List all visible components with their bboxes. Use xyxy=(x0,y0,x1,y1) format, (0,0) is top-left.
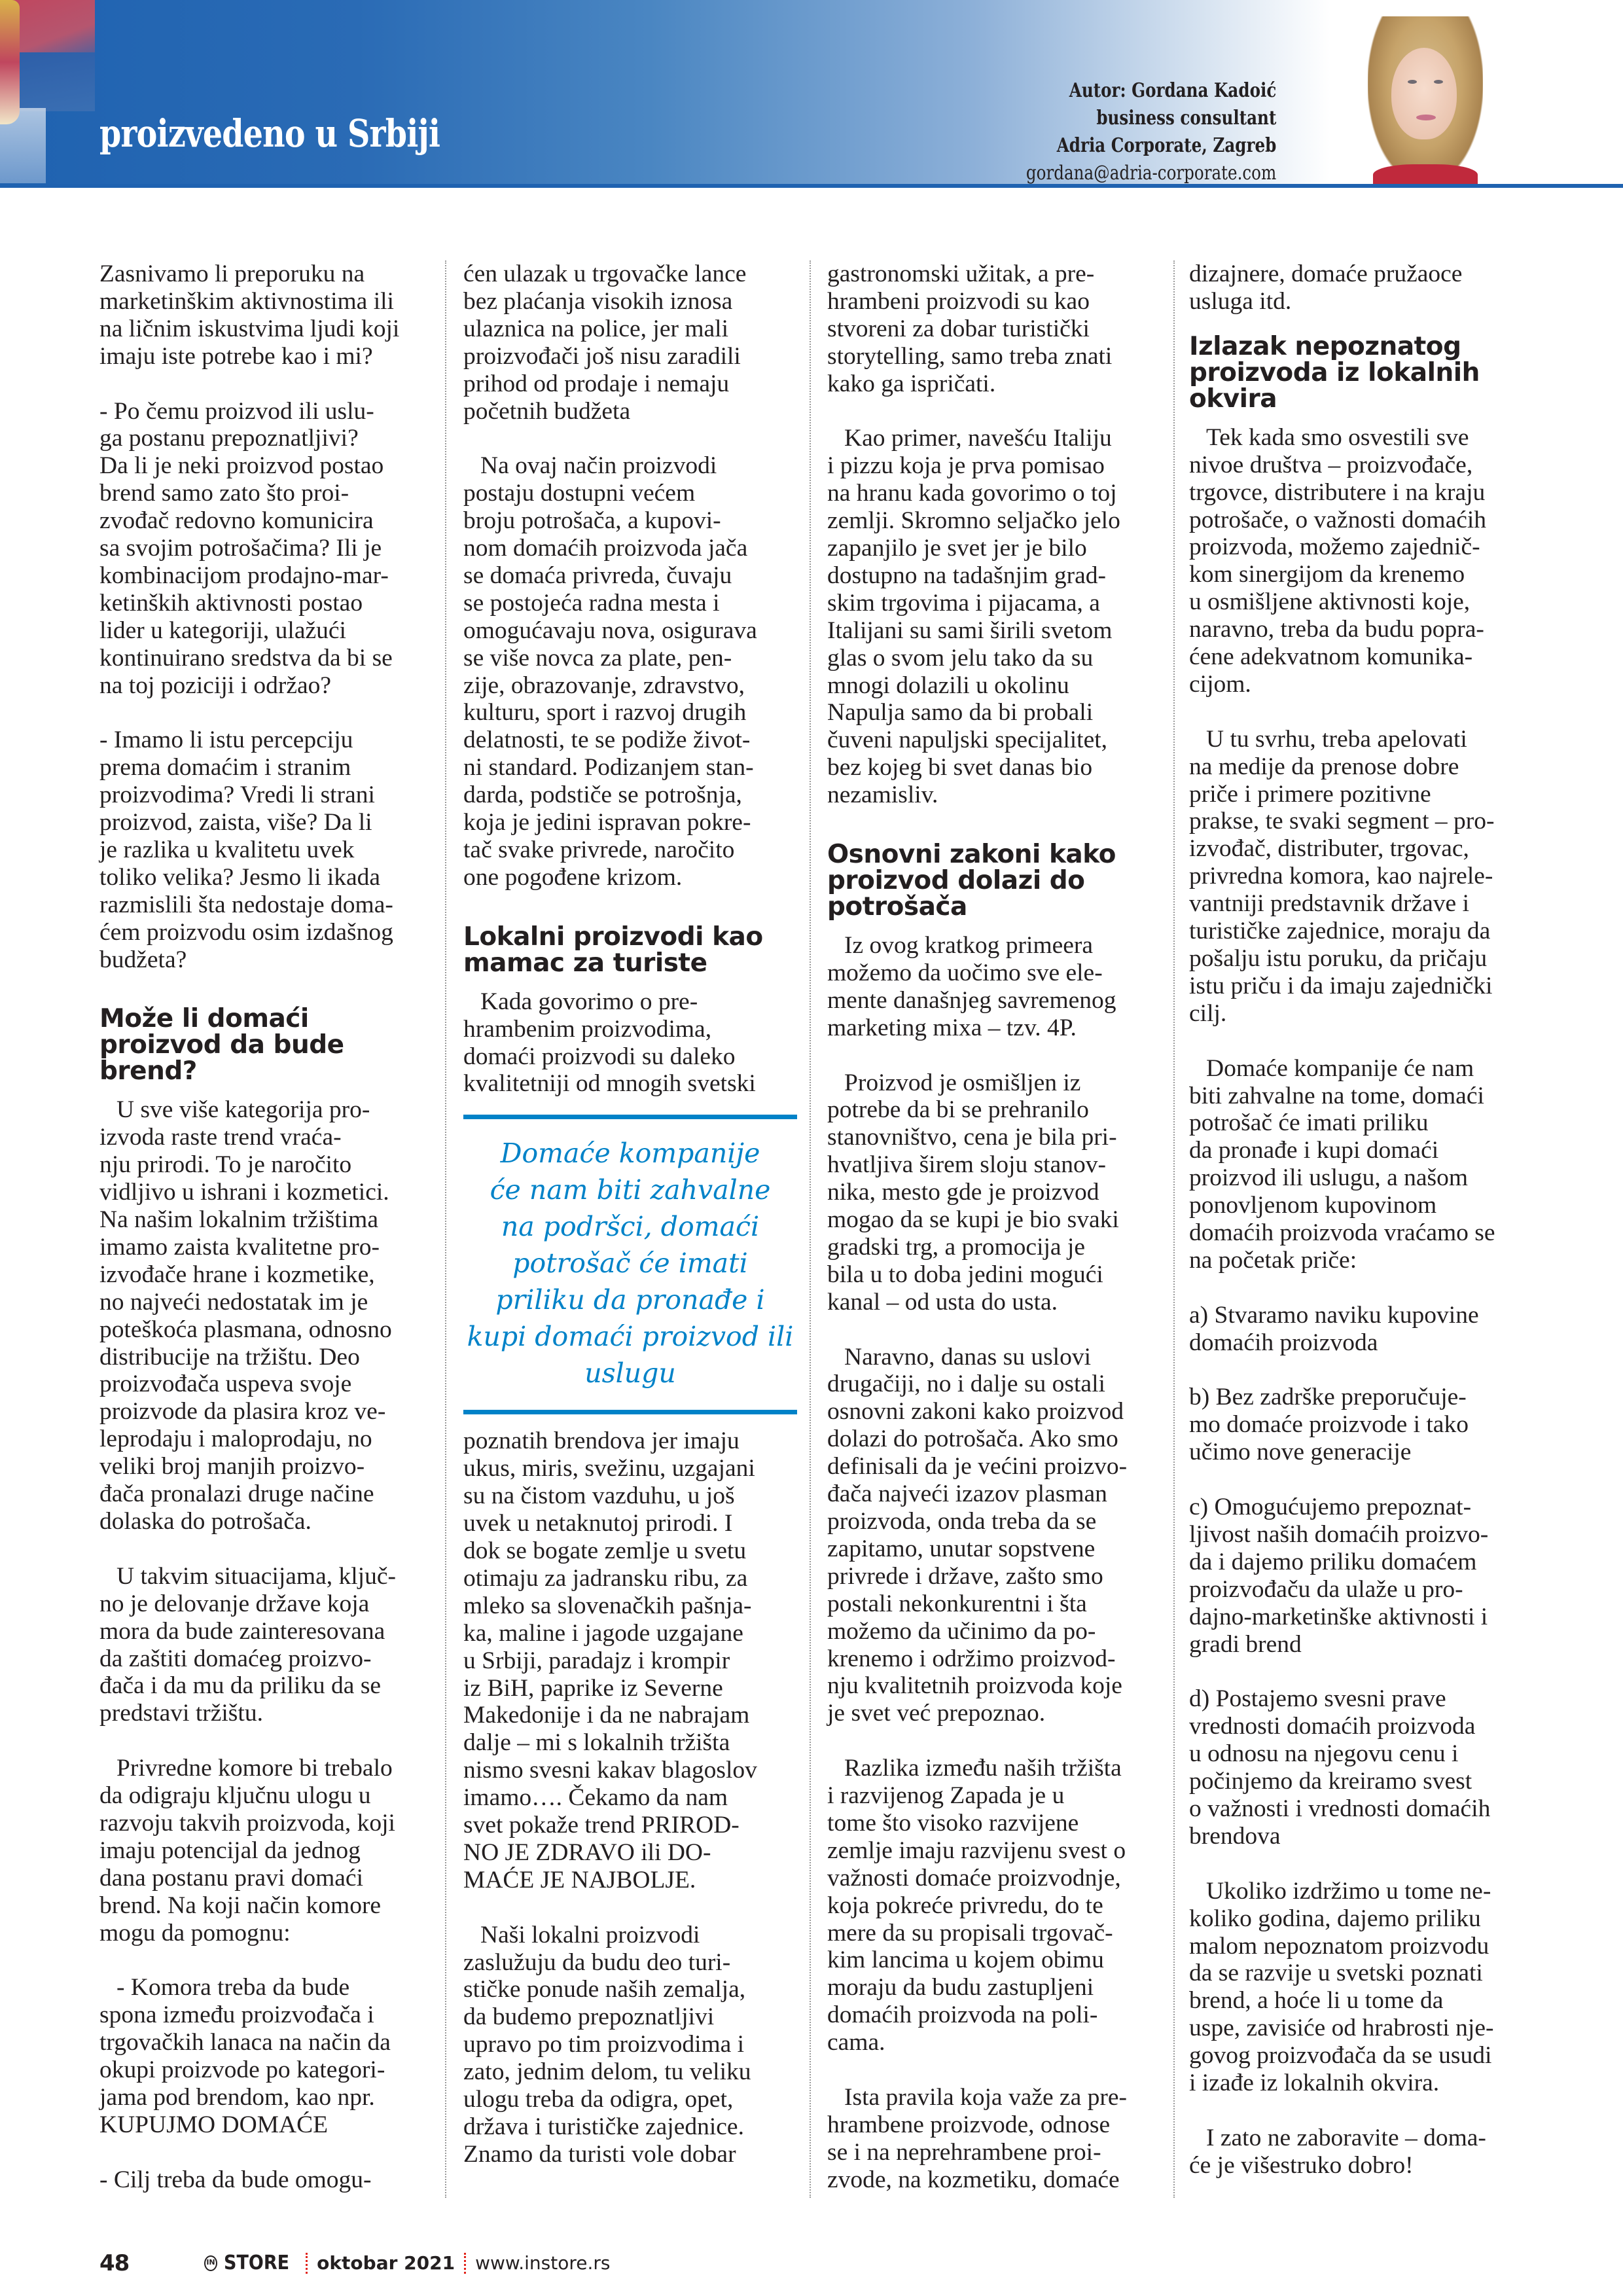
text-line: da odigraju ključnu ulogu u xyxy=(99,1782,433,1810)
paragraph: Privredne komore bi trebaloda odigraju k… xyxy=(99,1755,433,1946)
text-line: đača najveći izazov plasman xyxy=(827,1480,1161,1508)
text-line: proizvoda, možemo zajednič- xyxy=(1189,533,1523,561)
text-line: tome što visoko razvijene xyxy=(827,1810,1161,1837)
text-line: storytelling, samo treba znati xyxy=(827,343,1161,370)
pull-quote: Domaće kompanijeće nam biti zahvalnena p… xyxy=(463,1115,797,1414)
text-line: ćen ulazak u trgovačke lance xyxy=(463,260,797,288)
text-line: U tu svrhu, treba apelovati xyxy=(1189,726,1523,753)
text-line: nom domaćih proizvoda jača xyxy=(463,535,797,562)
subheading: Izlazak nepoznatogproizvoda iz lokalniho… xyxy=(1189,334,1523,412)
text-line: se više novca za plate, pen- xyxy=(463,645,797,672)
text-line: imamo…. Čekamo da nam xyxy=(463,1784,797,1812)
text-line: mogu da pomognu: xyxy=(99,1920,433,1947)
text-line: definisali da je većini proizvo- xyxy=(827,1453,1161,1480)
text-line: U takvim situacijama, ključ- xyxy=(99,1563,433,1590)
text-line: zapitamo, unutar sopstvene xyxy=(827,1535,1161,1563)
text-line: Osnovni zakoni kako xyxy=(827,842,1161,868)
text-line: gradski trg, a promocija je xyxy=(827,1234,1161,1261)
text-line: dostupno na tadašnjim grad- xyxy=(827,562,1161,590)
text-line: da zaštiti domaćeg proizvo- xyxy=(99,1645,433,1673)
text-line: cilj. xyxy=(1189,1000,1523,1028)
text-line: delatnosti, te se podiže život- xyxy=(463,726,797,754)
text-line: lider u kategoriji, ulažući xyxy=(99,617,433,645)
text-line: budžeta? xyxy=(99,946,433,974)
text-line: kulturu, sport i razvoj drugih xyxy=(463,699,797,726)
text-line: kim lancima u kojem obimu xyxy=(827,1946,1161,1974)
text-line: priliku da pronađe i xyxy=(463,1282,797,1318)
paragraph: Naravno, danas su uslovidrugačiji, no i … xyxy=(827,1344,1161,1728)
separator xyxy=(464,2253,466,2274)
text-line: nismo svesni kakav blagoslov xyxy=(463,1757,797,1784)
text-line: brend, a hoće li u tome da xyxy=(1189,1987,1523,2015)
article-column-1: Zasnivamo li preporuku namarketinškim ak… xyxy=(99,260,433,2194)
text-line: i pizzu koja je prva pomisao xyxy=(827,452,1161,480)
text-line: a) Stvaramo naviku kupovine xyxy=(1189,1302,1523,1329)
text-line: KUPUJMO DOMAĆE xyxy=(99,2111,433,2139)
text-line: hvatljiva širem sloju stanov- xyxy=(827,1151,1161,1179)
text-line: tač svake privrede, naročito xyxy=(463,836,797,864)
text-line: Tek kada smo osvestili sve xyxy=(1189,424,1523,452)
text-line: kom sinergijom da krenemo xyxy=(1189,561,1523,588)
text-line: usluga itd. xyxy=(1189,288,1523,315)
text-line: poteškoća plasmana, odnosno xyxy=(99,1316,433,1344)
text-line: U sve više kategorija pro- xyxy=(99,1096,433,1124)
text-line: Kao primer, navešću Italiju xyxy=(827,425,1161,452)
text-line: i razvijenog Zapada je u xyxy=(827,1782,1161,1810)
text-line: Kada govorimo o pre- xyxy=(463,988,797,1016)
text-line: biti zahvalne na tome, domaći xyxy=(1189,1083,1523,1110)
column-divider xyxy=(445,260,446,2198)
text-line: I zato ne zaboravite – doma- xyxy=(1189,2125,1523,2152)
paragraph: U tu svrhu, treba apelovatina medije da … xyxy=(1189,726,1523,1028)
text-line: bez plaćanja visokih iznosa xyxy=(463,288,797,315)
text-line: Makedonije i da ne nabrajam xyxy=(463,1702,797,1729)
text-line: c) Omogućujemo prepoznat- xyxy=(1189,1494,1523,1521)
text-line: izvođače hrane i kozmetike, xyxy=(99,1261,433,1289)
text-line: stanovništvo, cena je bila pri- xyxy=(827,1124,1161,1151)
text-line: nju prirodi. To je naročito xyxy=(99,1151,433,1179)
author-byline: Autor: Gordana Kadoić business consultan… xyxy=(971,77,1276,187)
text-line: nezamisliv. xyxy=(827,781,1161,809)
text-line: dolazi do potrošača. Ako smo xyxy=(827,1426,1161,1453)
text-line: brendova xyxy=(1189,1823,1523,1850)
text-line: zvode, na kozmetiku, domaće xyxy=(827,2166,1161,2194)
text-line: vidljivo u ishrani i kozmetici. xyxy=(99,1179,433,1206)
text-line: - Cilj treba da bude omogu- xyxy=(99,2166,433,2194)
text-line: Zasnivamo li preporuku na xyxy=(99,260,433,288)
paragraph: gastronomski užitak, a pre-hrambeni proi… xyxy=(827,260,1161,398)
text-line: postali nekonkurentni i šta xyxy=(827,1590,1161,1618)
list-item-c: c) Omogućujemo prepoznat-ljivost naših d… xyxy=(1189,1494,1523,1658)
text-line: proizvod da bude xyxy=(99,1032,433,1058)
author-portrait xyxy=(1360,16,1491,184)
text-line: bez kojeg bi svet danas bio xyxy=(827,754,1161,781)
text-line: zemlji. Skromno seljačko jelo xyxy=(827,507,1161,535)
text-line: možemo da uočimo sve ele- xyxy=(827,960,1161,987)
text-line: će je višestruko dobro! xyxy=(1189,2152,1523,2179)
in-circle-logo-icon: IN xyxy=(204,2255,217,2271)
text-line: potrošače, o važnosti domaćih xyxy=(1189,507,1523,534)
text-line: cama. xyxy=(827,2029,1161,2056)
closing-paragraph: I zato ne zaboravite – doma-će je višest… xyxy=(1189,2125,1523,2179)
text-line: potrošač će imati priliku xyxy=(1189,1109,1523,1137)
text-line: Domaće kompanije će nam xyxy=(1189,1055,1523,1083)
text-line: trgovačkih lanaca na način da xyxy=(99,2029,433,2056)
text-line: kanal – od usta do usta. xyxy=(827,1289,1161,1316)
text-line: osnovni zakoni kako proizvod xyxy=(827,1398,1161,1426)
text-line: Naravno, danas su uslovi xyxy=(827,1344,1161,1371)
text-line: pošalju istu poruku, da pričaju xyxy=(1189,945,1523,973)
author-role: business consultant xyxy=(1026,105,1276,132)
article-column-2: ćen ulazak u trgovačke lancebez plaćanja… xyxy=(463,260,797,2168)
text-line: marketinškim aktivnostima ili xyxy=(99,288,433,315)
text-line: Da li je neki proizvod postao xyxy=(99,452,433,480)
text-line: hrambene proizvode, odnose xyxy=(827,2111,1161,2139)
text-line: ukus, miris, svežinu, uzgajani xyxy=(463,1455,797,1482)
text-line: su na čistom vazduhu, u još xyxy=(463,1482,797,1510)
article-column-3: gastronomski užitak, a pre-hrambeni proi… xyxy=(827,260,1161,2194)
text-line: da pronađe i kupi domaći xyxy=(1189,1137,1523,1164)
text-line: krenemo i održimo proizvod- xyxy=(827,1645,1161,1673)
text-line: izvoda raste trend vraća- xyxy=(99,1124,433,1151)
text-line: okvira xyxy=(1189,386,1523,412)
text-line: - Komora treba da bude xyxy=(99,1974,433,2001)
brand-name: STORE xyxy=(224,2251,289,2274)
text-line: dolaska do potrošača. xyxy=(99,1508,433,1535)
text-line: malom nepoznatom proizvodu xyxy=(1189,1933,1523,1960)
text-line: mamac za turiste xyxy=(463,950,797,977)
text-line: kvalitetniji od mnogih svetski xyxy=(463,1070,797,1098)
text-line: početnih budžeta xyxy=(463,398,797,425)
text-line: imaju iste potrebe kao i mi? xyxy=(99,343,433,370)
text-line: darda, podstiče se potrošnja, xyxy=(463,781,797,809)
text-line: ga postanu prepoznatljivi? xyxy=(99,425,433,452)
text-line: stičke ponude naših zemalja, xyxy=(463,1976,797,2003)
text-line: đača i da mu da priliku da se xyxy=(99,1672,433,1700)
paragraph: Domaće kompanije će nambiti zahvalne na … xyxy=(1189,1055,1523,1274)
text-line: Napulja samo da bi probali xyxy=(827,699,1161,726)
text-line: proizvodima? Vredi li strani xyxy=(99,781,433,809)
text-line: mente današnjeg savremenog xyxy=(827,987,1161,1014)
text-line: dizajnere, domaće pružaoce xyxy=(1189,260,1523,288)
text-line: mora da bude zainteresovana xyxy=(99,1618,433,1645)
paragraph: Zasnivamo li preporuku namarketinškim ak… xyxy=(99,260,433,370)
text-line: potrošača xyxy=(827,894,1161,920)
paragraph: Naši lokalni proizvodizaslužuju da budu … xyxy=(463,1922,797,2168)
separator xyxy=(306,2253,308,2274)
text-line: se i na neprehrambene proi- xyxy=(827,2139,1161,2166)
text-line: učimo nove generacije xyxy=(1189,1439,1523,1466)
text-line: no je delovanje države koja xyxy=(99,1590,433,1618)
text-line: proizvoda, onda treba da se xyxy=(827,1508,1161,1535)
text-line: izvođač, distributer, trgovac, xyxy=(1189,835,1523,863)
text-line: da se razvije u svetski poznati xyxy=(1189,1960,1523,1987)
text-line: o važnosti i vrednosti domaćih xyxy=(1189,1795,1523,1823)
text-line: dana postanu pravi domaći xyxy=(99,1865,433,1892)
column-divider xyxy=(810,260,811,2198)
website-link[interactable]: www.instore.rs xyxy=(475,2252,610,2274)
author-email-link[interactable]: gordana@adria-corporate.com xyxy=(1026,160,1276,187)
text-line: gastronomski užitak, a pre- xyxy=(827,260,1161,288)
text-line: ljivost naših domaćih proizvo- xyxy=(1189,1521,1523,1549)
text-line: prema domaćim i stranim xyxy=(99,754,433,781)
text-line: zaslužuju da budu deo turi- xyxy=(463,1949,797,1977)
text-line: one pogođene krizom. xyxy=(463,864,797,891)
text-line: mogao da se kupi je bio svaki xyxy=(827,1206,1161,1234)
text-line: Može li domaći xyxy=(99,1006,433,1032)
text-line: kontinuirano sredstva da bi se xyxy=(99,645,433,672)
text-line: domaći proizvodi su daleko xyxy=(463,1043,797,1071)
list-item: - Cilj treba da bude omogu- xyxy=(99,2166,433,2194)
text-line: jama pod brendom, kao npr. xyxy=(99,2084,433,2111)
text-line: uvek u netaknutoj prirodi. I xyxy=(463,1510,797,1537)
text-line: ketinških aktivnosti postao xyxy=(99,590,433,617)
text-line: potrošač će imati xyxy=(463,1245,797,1282)
text-line: Naši lokalni proizvodi xyxy=(463,1922,797,1949)
paragraph: Razlika između naših tržištai razvijenog… xyxy=(827,1755,1161,2056)
text-line: brend samo zato što proi- xyxy=(99,480,433,507)
text-line: d) Postajemo svesni prave xyxy=(1189,1685,1523,1713)
text-line: Na našim lokalnim tržištima xyxy=(99,1206,433,1234)
text-line: dalje – mi s lokalnih tržišta xyxy=(463,1729,797,1757)
text-line: proizvod, zaista, više? Da li xyxy=(99,809,433,836)
text-line: nju kvalitetnih proizvoda koje xyxy=(827,1672,1161,1700)
text-line: drugačiji, no i dalje su ostali xyxy=(827,1371,1161,1398)
paragraph: Iz ovog kratkog primeeramožemo da uočimo… xyxy=(827,932,1161,1042)
list-item-b: b) Bez zadrške preporučuje-mo domaće pro… xyxy=(1189,1384,1523,1466)
paragraph: dizajnere, domaće pružaoceusluga itd. xyxy=(1189,260,1523,315)
text-line: na toj poziciji i održao? xyxy=(99,672,433,700)
text-line: koja je jedini ispravan pokre- xyxy=(463,809,797,836)
text-line: zemlje imaju razvijenu svest o xyxy=(827,1837,1161,1865)
text-line: koliko godina, dajemo priliku xyxy=(1189,1905,1523,1933)
text-line: koja pokreće privredu, do te xyxy=(827,1892,1161,1920)
text-line: na medije da prenose dobre xyxy=(1189,753,1523,781)
serbian-flag-icon xyxy=(0,0,95,183)
text-line: mnogi dolazili u okolinu xyxy=(827,672,1161,700)
text-line: istu priču i da imaju zajednički xyxy=(1189,973,1523,1000)
text-line: omogućavaju nova, osigurava xyxy=(463,617,797,645)
text-line: marketing mixa – tzv. 4P. xyxy=(827,1014,1161,1042)
text-line: mere da su propisali trgovač- xyxy=(827,1920,1161,1947)
text-line: turističke zajednice, moraju da xyxy=(1189,918,1523,945)
text-line: ulaznica na police, jer mali xyxy=(463,315,797,343)
text-line: kupi domaći proizvod ili xyxy=(463,1318,797,1355)
text-line: gradi brend xyxy=(1189,1631,1523,1659)
text-line: i izađe iz lokalnih okvira. xyxy=(1189,2070,1523,2097)
text-line: uspe, zavisiće od hrabrosti nje- xyxy=(1189,2015,1523,2042)
text-line: čuveni napuljski specijalitet, xyxy=(827,726,1161,754)
text-line: hrambeni proizvodi su kao xyxy=(827,288,1161,315)
text-line: - Po čemu proizvod ili uslu- xyxy=(99,398,433,425)
paragraph: Kao primer, navešću Italijui pizzu koja … xyxy=(827,425,1161,809)
text-line: zapanjilo je svet jer je bilo xyxy=(827,535,1161,562)
paragraph: Kada govorimo o pre-hrambenim proizvodim… xyxy=(463,988,797,1098)
text-line: svet pokaže trend PRIROD- xyxy=(463,1812,797,1839)
question-item: - Imamo li istu percepcijuprema domaćim … xyxy=(99,726,433,973)
text-line: NO JE ZDRAVO ili DO- xyxy=(463,1839,797,1867)
text-line: kombinacijom prodajno-mar- xyxy=(99,562,433,590)
section-title: proizvedeno u Srbiji xyxy=(99,111,440,156)
paragraph: U sve više kategorija pro-izvoda raste t… xyxy=(99,1096,433,1535)
text-line: privredna komora, kao najrele- xyxy=(1189,863,1523,890)
text-line: se domaća privreda, čuvaju xyxy=(463,562,797,590)
text-line: vrednosti domaćih proizvoda xyxy=(1189,1713,1523,1740)
text-line: moraju da budu zastupljeni xyxy=(827,1974,1161,2001)
text-line: Italijani su sami širili svetom xyxy=(827,617,1161,645)
paragraph: Na ovaj način proizvodipostaju dostupni … xyxy=(463,452,797,891)
text-line: zvođač redovno komunicira xyxy=(99,507,433,535)
text-line: skim trgovima i pijacama, a xyxy=(827,590,1161,617)
text-line: imaju potencijal da jednog xyxy=(99,1837,433,1865)
page-footer: 48 IN STORE oktobar 2021 www.instore.rs xyxy=(99,2250,1539,2276)
text-line: cijom. xyxy=(1189,671,1523,698)
text-line: ponovljenom kupovinom xyxy=(1189,1192,1523,1219)
text-line: će nam biti zahvalne xyxy=(463,1172,797,1208)
paragraph: Ukoliko izdržimo u tome ne-koliko godina… xyxy=(1189,1878,1523,2097)
text-line: važnosti domaće proizvodnje, xyxy=(827,1865,1161,1892)
text-line: brend. Na koji način komore xyxy=(99,1892,433,1920)
text-line: sa svojim potrošačima? Ili je xyxy=(99,535,433,562)
text-line: glas o svom jelu tako da su xyxy=(827,645,1161,672)
text-line: toliko velika? Jesmo li ikada xyxy=(99,864,433,891)
text-line: upravo po tim proizvodima i xyxy=(463,2031,797,2058)
text-line: poznatih brendova jer imaju xyxy=(463,1427,797,1455)
text-line: postaju dostupni većem xyxy=(463,480,797,507)
text-line: uslugu xyxy=(463,1355,797,1391)
text-line: b) Bez zadrške preporučuje- xyxy=(1189,1384,1523,1411)
text-line: leprodaju i maloprodaju, no xyxy=(99,1426,433,1453)
text-line: privrede i države, zašto smo xyxy=(827,1563,1161,1590)
column-divider xyxy=(1173,260,1175,2198)
text-line: da i dajemo priliku domaćem xyxy=(1189,1549,1523,1576)
text-line: Proizvod je osmišljen iz xyxy=(827,1069,1161,1097)
text-line: Domaće kompanije xyxy=(463,1135,797,1172)
text-line: u osmišljene aktivnosti koje, xyxy=(1189,588,1523,616)
text-line: prihod od prodaje i nemaju xyxy=(463,370,797,398)
text-line: priče i primere pozitivne xyxy=(1189,781,1523,808)
list-item-d: d) Postajemo svesni pravevrednosti domać… xyxy=(1189,1685,1523,1850)
text-line: zije, obrazovanje, zdravstvo, xyxy=(463,672,797,700)
text-line: hrambenim proizvodima, xyxy=(463,1016,797,1043)
text-line: proizvođača uspeva svoje xyxy=(99,1371,433,1398)
text-line: imamo zaista kvalitetne pro- xyxy=(99,1234,433,1261)
text-line: je svet već prepoznao. xyxy=(827,1700,1161,1727)
text-line: Izlazak nepoznatog xyxy=(1189,334,1523,360)
text-line: proizvod ili uslugu, a našom xyxy=(1189,1164,1523,1192)
text-line: proizvoda iz lokalnih xyxy=(1189,360,1523,386)
text-line: razvoju takvih proizvoda, koji xyxy=(99,1810,433,1837)
paragraph: Tek kada smo osvestili svenivoe društva … xyxy=(1189,424,1523,698)
text-line: domaćih proizvoda na poli- xyxy=(827,2001,1161,2029)
text-line: na podršci, domaći xyxy=(463,1208,797,1245)
text-line: ćem proizvodu osim izdašnog xyxy=(99,919,433,946)
text-line: možemo da učinimo da po- xyxy=(827,1618,1161,1645)
paragraph: poznatih brendova jer imajuukus, miris, … xyxy=(463,1427,797,1893)
text-line: proizvođaču da ulaže u pro- xyxy=(1189,1576,1523,1604)
text-line: iz BiH, paprike iz Severne xyxy=(463,1675,797,1702)
text-line: nika, mesto gde je proizvod xyxy=(827,1179,1161,1206)
text-line: proizvode da plasira kroz ve- xyxy=(99,1398,433,1426)
text-line: na ličnim iskustvima ljudi koji xyxy=(99,315,433,343)
paragraph: ćen ulazak u trgovačke lancebez plaćanja… xyxy=(463,260,797,425)
text-line: Privredne komore bi trebalo xyxy=(99,1755,433,1782)
text-line: da budemo prepoznatljivi xyxy=(463,2003,797,2031)
text-line: vantniji predstavnik države i xyxy=(1189,890,1523,918)
text-line: mo domaće proizvode i tako xyxy=(1189,1411,1523,1439)
text-line: - Imamo li istu percepciju xyxy=(99,726,433,754)
question-item: - Po čemu proizvod ili uslu-ga postanu p… xyxy=(99,398,433,700)
subheading: Može li domaćiproizvod da budebrend? xyxy=(99,1006,433,1085)
text-line: kako ga ispričati. xyxy=(827,370,1161,398)
text-line: Razlika između naših tržišta xyxy=(827,1755,1161,1782)
text-line: domaćih proizvoda xyxy=(1189,1329,1523,1357)
text-line: govog proizvođača da se usudi xyxy=(1189,2042,1523,2070)
text-line: mleko sa slovenačkih pašnja- xyxy=(463,1592,797,1620)
text-line: prakse, te svaki segment – pro- xyxy=(1189,808,1523,835)
text-line: Znamo da turisti vole dobar xyxy=(463,2141,797,2168)
text-line: proizvođači još nisu zaradili xyxy=(463,343,797,370)
text-line: distribucije na tržištu. Deo xyxy=(99,1344,433,1371)
header-rule xyxy=(0,184,1623,188)
text-line: bila u to doba jedini mogući xyxy=(827,1261,1161,1289)
text-line: naravno, treba da budu popra- xyxy=(1189,616,1523,643)
list-item: - Komora treba da budespona između proiz… xyxy=(99,1974,433,2138)
list-item-a: a) Stvaramo naviku kupovinedomaćih proiz… xyxy=(1189,1302,1523,1357)
text-line: na početak priče: xyxy=(1189,1247,1523,1274)
text-line: se postojeća radna mesta i xyxy=(463,590,797,617)
text-line: ćene adekvatnom komunika- xyxy=(1189,643,1523,671)
text-line: otimaju za jadransku ribu, za xyxy=(463,1565,797,1592)
page-number: 48 xyxy=(99,2250,129,2276)
text-line: Na ovaj način proizvodi xyxy=(463,452,797,480)
text-line: ka, maline i jagode uzgajane xyxy=(463,1620,797,1647)
text-line: na hranu kada govorimo o toj xyxy=(827,480,1161,507)
subheading: Lokalni proizvodi kaomamac za turiste xyxy=(463,924,797,977)
text-line: Ukoliko izdržimo u tome ne- xyxy=(1189,1878,1523,1905)
text-line: dok se bogate zemlje u svetu xyxy=(463,1537,797,1565)
text-line: đača pronalazi druge načine xyxy=(99,1480,433,1508)
paragraph: Ista pravila koja važe za pre-hrambene p… xyxy=(827,2084,1161,2194)
paragraph: Proizvod je osmišljen izpotrebe da bi se… xyxy=(827,1069,1161,1316)
text-line: brend? xyxy=(99,1058,433,1085)
text-line: počinjemo da kreiramo svest xyxy=(1189,1768,1523,1795)
text-line: Ista pravila koja važe za pre- xyxy=(827,2084,1161,2111)
text-line: trgovce, distributere i na kraju xyxy=(1189,479,1523,507)
text-line: veliki broj manjih proizvo- xyxy=(99,1453,433,1480)
text-line: razmislili šta nedostaje doma- xyxy=(99,891,433,919)
subheading: Osnovni zakoni kakoproizvod dolazi dopot… xyxy=(827,842,1161,920)
author-company: Adria Corporate, Zagreb xyxy=(1026,132,1276,160)
text-line: Lokalni proizvodi kao xyxy=(463,924,797,950)
text-line: MAĆE JE NAJBOLJE. xyxy=(463,1867,797,1894)
text-line: zato, jednim delom, tu veliku xyxy=(463,2058,797,2086)
author-name: Autor: Gordana Kadoić xyxy=(1026,77,1276,105)
article-column-4: dizajnere, domaće pružaoceusluga itd. Iz… xyxy=(1189,260,1523,2179)
text-line: no najveći nedostatak im je xyxy=(99,1289,433,1316)
text-line: Iz ovog kratkog primeera xyxy=(827,932,1161,960)
text-line: spona između proizvođača i xyxy=(99,2001,433,2029)
text-line: nivoe društva – proizvođače, xyxy=(1189,452,1523,479)
text-line: je razlika u kvalitetu uvek xyxy=(99,836,433,864)
text-line: ni standard. Podizanjem stan- xyxy=(463,754,797,781)
text-line: predstavi tržištu. xyxy=(99,1700,433,1727)
text-line: broju potrošača, a kupovi- xyxy=(463,507,797,535)
text-line: okupi proizvode po kategori- xyxy=(99,2056,433,2084)
text-line: ulogu treba da odigra, opet, xyxy=(463,2086,797,2113)
text-line: domaćih proizvoda vraćamo se xyxy=(1189,1219,1523,1247)
text-line: u Srbiji, paradajz i krompir xyxy=(463,1647,797,1675)
